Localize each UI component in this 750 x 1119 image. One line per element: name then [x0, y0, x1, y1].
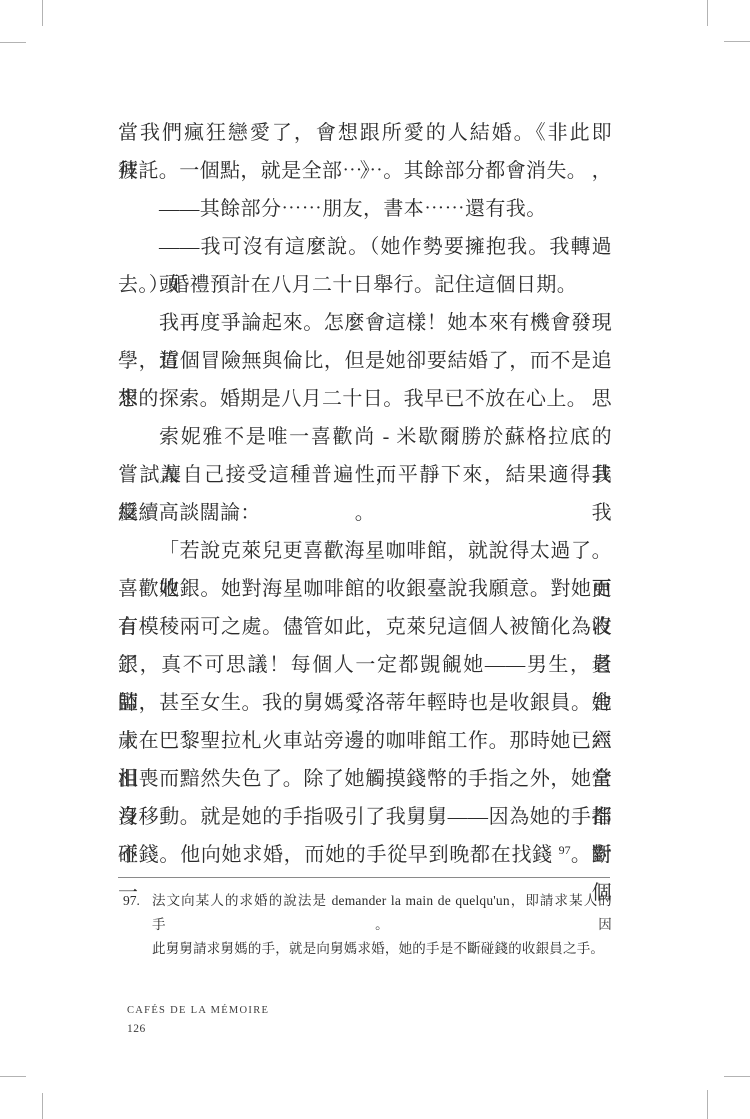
paragraph: 我再度爭論起來。怎麼會這樣！她本來有機會發現哲學，這個冒險無與倫比，但是她卻要結… — [118, 304, 612, 418]
footnote-number: 97. — [118, 889, 152, 913]
text-line: 去。）婚禮預計在八月二十日舉行。記住這個日期。 — [118, 266, 612, 304]
text-line: 沒移動。就是她的手指吸引了我舅舅——因為她的手指不斷 — [118, 798, 612, 836]
crop-mark-top-right-horizontal — [724, 41, 750, 42]
crop-mark-bottom-right-horizontal — [724, 1076, 750, 1077]
book-page: 當我們瘋狂戀愛了，會想跟所愛的人結婚。《非此即彼》，拜託。一個點，就是全部⋯⋯。… — [0, 0, 750, 1119]
text-line: 歲在巴黎聖拉札火車站旁邊的咖啡館工作。那時她已經相當 — [118, 722, 612, 760]
paragraph: ——其餘部分⋯⋯朋友，書本⋯⋯還有我。 — [118, 190, 612, 228]
text-line: 索妮雅不是唯一喜歡尚 - 米歇爾勝於蘇格拉底的人，我 — [118, 418, 612, 456]
crop-mark-top-left-horizontal — [0, 42, 26, 43]
crop-mark-bottom-right-vertical — [707, 1090, 708, 1119]
text-line: 碰錢。他向她求婚，而她的手從早到晚都在找錢 97。對一個 — [118, 836, 612, 874]
text-line: 「若說克萊兒更喜歡海星咖啡館，就說得太過了。她更 — [118, 532, 612, 570]
text-line: 喜歡收銀。她對海星咖啡館的收銀臺說我願意。對她而言沒 — [118, 570, 612, 608]
page-number: 126 — [127, 1023, 269, 1035]
text-line: 拜託。一個點，就是全部⋯⋯。其餘部分都會消失。 — [118, 152, 612, 190]
text-line: 沮喪而黯然失色了。除了她觸摸錢幣的手指之外，她全身都 — [118, 760, 612, 798]
text-line: 法文向某人的求婚的說法是 demander la main de quelqu'… — [152, 889, 612, 937]
text-line: 學，這個冒險無與倫比，但是她卻要結婚了，而不是追求思 — [118, 342, 612, 380]
paragraph: 索妮雅不是唯一喜歡尚 - 米歇爾勝於蘇格拉底的人，我嘗試讓自己接受這種普遍性而平… — [118, 418, 612, 532]
footnote: 97. 法文向某人的求婚的說法是 demander la main de que… — [118, 889, 612, 961]
text-line: ——其餘部分⋯⋯朋友，書本⋯⋯還有我。 — [118, 190, 612, 228]
footnote-text: 法文向某人的求婚的說法是 demander la main de quelqu'… — [152, 889, 612, 961]
paragraph: 當我們瘋狂戀愛了，會想跟所愛的人結婚。《非此即彼》，拜託。一個點，就是全部⋯⋯。… — [118, 114, 612, 190]
crop-mark-bottom-left-horizontal — [0, 1076, 26, 1077]
text-line: 我再度爭論起來。怎麼會這樣！她本來有機會發現哲 — [118, 304, 612, 342]
text-line: 監，甚至女生。我的舅媽愛洛蒂年輕時也是收銀員。她十六 — [118, 684, 612, 722]
footnote-ref: 97 — [559, 843, 571, 857]
crop-mark-top-left-vertical — [42, 0, 43, 26]
text-line: 嘗試讓自己接受這種普遍性而平靜下來，結果適得其反。我 — [118, 456, 612, 494]
page-footer: CAFÉS DE LA MÉMOIRE 126 — [127, 1005, 269, 1035]
text-line: 此舅舅請求舅媽的手，就是向舅媽求婚，她的手是不斷碰錢的收銀員之手。 — [152, 937, 612, 961]
text-line: ——我可沒有這麼說。（她作勢要擁抱我。我轉過頭 — [118, 228, 612, 266]
running-title: CAFÉS DE LA MÉMOIRE — [127, 1005, 269, 1016]
text-line: 有模稜兩可之處。儘管如此，克萊兒這個人被簡化為收銀員 — [118, 608, 612, 646]
text-line: 了，真不可思議！每個人一定都覬覦她——男生，老師，舍 — [118, 646, 612, 684]
crop-mark-top-right-vertical — [707, 0, 708, 26]
crop-mark-bottom-left-vertical — [42, 1093, 43, 1119]
text-line: 想的探索。婚期是八月二十日。我早已不放在心上。 — [118, 380, 612, 418]
footnote-divider — [118, 877, 610, 878]
text-line: 當我們瘋狂戀愛了，會想跟所愛的人結婚。《非此即彼》， — [118, 114, 612, 152]
main-text-block: 當我們瘋狂戀愛了，會想跟所愛的人結婚。《非此即彼》，拜託。一個點，就是全部⋯⋯。… — [118, 114, 612, 874]
paragraph: ——我可沒有這麼說。（她作勢要擁抱我。我轉過頭去。）婚禮預計在八月二十日舉行。記… — [118, 228, 612, 304]
paragraph: 「若說克萊兒更喜歡海星咖啡館，就說得太過了。她更喜歡收銀。她對海星咖啡館的收銀臺… — [118, 532, 612, 874]
